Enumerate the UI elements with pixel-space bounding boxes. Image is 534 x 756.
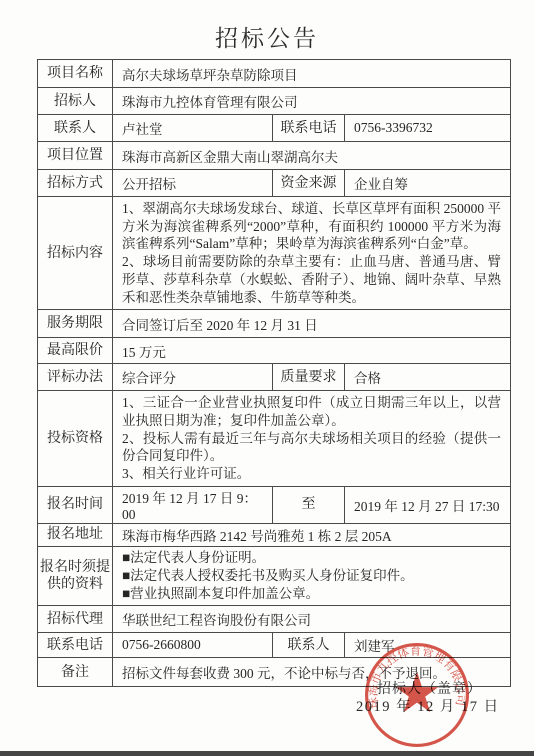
max-price-label: 最高限价: [38, 338, 113, 364]
registration-address-value: 珠海市梅华西路 2142 号尚雅苑 1 栋 2 层 205A: [113, 523, 511, 546]
tender-content-value: 1、翠湖高尔夫球场发球台、球道、长草区草坪有面积 250000 平方米为海滨雀稗…: [113, 197, 511, 310]
signature-date: 2019 年 12 月 17 日: [356, 695, 500, 716]
project-location-value: 珠海市高新区金鼎大南山翠湖高尔夫: [113, 142, 511, 170]
table-row: 项目名称 高尔夫球场草坪杂草防除项目: [38, 60, 511, 88]
contact-person-label: 联系人: [38, 115, 113, 142]
quality-requirement-value: 合格: [345, 364, 511, 391]
table-row: 报名地址 珠海市梅华西路 2142 号尚雅苑 1 栋 2 层 205A: [38, 523, 511, 546]
bidder-qualification-value: 1、三证合一企业营业执照复印件（成立日期需三年以上，以营业执照日期为准；复印件加…: [113, 391, 511, 487]
registration-material-item: ■法定代表人身份证明。: [122, 549, 501, 567]
registration-time-end: 2019 年 12 月 27 日 17:30: [345, 486, 511, 523]
registration-materials-label: 报名时须提供的资料: [38, 546, 113, 606]
registration-materials-value: ■法定代表人身份证明。 ■法定代表人授权委托书及购买人身份证复印件。 ■营业执照…: [113, 546, 511, 606]
registration-address-label: 报名地址: [38, 523, 113, 546]
table-row: 招标方式 公开招标 资金来源 企业自筹: [38, 170, 511, 197]
agent-phone-value: 0756-2660800: [113, 633, 273, 658]
service-period-label: 服务期限: [38, 310, 113, 338]
table-row: 招标代理 华联世纪工程咨询股份有限公司: [38, 606, 511, 633]
table-row: 投标资格 1、三证合一企业营业执照复印件（成立日期需三年以上，以营业执照日期为准…: [38, 391, 511, 487]
tender-content-paragraph: 1、翠湖高尔夫球场发球台、球道、长草区草坪有面积 250000 平方米为海滨雀稗…: [122, 200, 501, 253]
tender-info-table: 项目名称 高尔夫球场草坪杂草防除项目 招标人 珠海市九控体育管理有限公司 联系人…: [37, 59, 511, 687]
registration-time-to: 至: [273, 486, 345, 523]
bidder-qualification-paragraph: 1、三证合一企业营业执照复印件（成立日期需三年以上，以营业执照日期为准；复印件加…: [122, 394, 501, 429]
table-row: 联系人 卢社堂 联系电话 0756-3396732: [38, 115, 511, 142]
contact-phone-value: 0756-3396732: [345, 115, 511, 142]
table-row: 联系电话 0756-2660800 联系人 刘建军: [38, 633, 511, 658]
agent-phone-label: 联系电话: [38, 633, 113, 658]
table-row: 招标内容 1、翠湖高尔夫球场发球台、球道、长草区草坪有面积 250000 平方米…: [38, 197, 511, 310]
table-row: 服务期限 合同签订后至 2020 年 12 月 31 日: [38, 310, 511, 338]
table-row: 评标办法 综合评分 质量要求 合格: [38, 364, 511, 391]
agent-contact-value: 刘建军: [345, 633, 511, 658]
contact-person-value: 卢社堂: [113, 115, 273, 142]
registration-material-item: ■营业执照副本复印件加盖公章。: [122, 585, 501, 603]
contact-phone-label: 联系电话: [273, 115, 345, 142]
table-row: 报名时间 2019 年 12 月 17 日 9：00 至 2019 年 12 月…: [38, 486, 511, 523]
max-price-value: 15 万元: [113, 338, 511, 364]
tenderer-value: 珠海市九控体育管理有限公司: [113, 88, 511, 115]
evaluation-method-value: 综合评分: [113, 364, 273, 391]
quality-requirement-label: 质量要求: [273, 364, 345, 391]
tender-content-paragraph: 2、球场目前需要防除的杂草主要有：止血马唐、普通马唐、臂形草、莎草科杂草（水蜈蚣…: [122, 253, 501, 306]
table-row: 项目位置 珠海市高新区金鼎大南山翠湖高尔夫: [38, 142, 511, 170]
tender-content-label: 招标内容: [38, 197, 113, 310]
remarks-label: 备注: [38, 658, 113, 687]
scanned-tender-notice-page: 招标公告 项目名称 高尔夫球场草坪杂草防除项目 招标人 珠海市九控体育管理有限公…: [0, 0, 534, 756]
tenderer-label: 招标人: [38, 88, 113, 115]
fund-source-value: 企业自筹: [345, 170, 511, 197]
project-location-label: 项目位置: [38, 142, 113, 170]
registration-material-item: ■法定代表人授权委托书及购买人身份证复印件。: [122, 567, 501, 585]
tender-agent-label: 招标代理: [38, 606, 113, 633]
bidder-qualification-paragraph: 3、相关行业许可证。: [122, 465, 501, 483]
page-title: 招标公告: [0, 20, 534, 53]
service-period-value: 合同签订后至 2020 年 12 月 31 日: [113, 310, 511, 338]
tender-method-label: 招标方式: [38, 170, 113, 197]
tender-method-value: 公开招标: [113, 170, 273, 197]
fund-source-label: 资金来源: [273, 170, 345, 197]
table-row: 招标人 珠海市九控体育管理有限公司: [38, 88, 511, 115]
project-name-value: 高尔夫球场草坪杂草防除项目: [113, 60, 511, 88]
registration-time-label: 报名时间: [38, 486, 113, 523]
project-name-label: 项目名称: [38, 60, 113, 88]
registration-time-start: 2019 年 12 月 17 日 9：00: [113, 486, 273, 523]
evaluation-method-label: 评标办法: [38, 364, 113, 391]
scan-edge-artifact: [0, 751, 534, 756]
table-row: 最高限价 15 万元: [38, 338, 511, 364]
agent-contact-label: 联系人: [273, 633, 345, 658]
bidder-qualification-paragraph: 2、投标人需有最近三年与高尔夫球场相关项目的经验（提供一份合同复印件）。: [122, 430, 501, 465]
table-row: 报名时须提供的资料 ■法定代表人身份证明。 ■法定代表人授权委托书及购买人身份证…: [38, 546, 511, 606]
tender-agent-value: 华联世纪工程咨询股份有限公司: [113, 606, 511, 633]
bidder-qualification-label: 投标资格: [38, 391, 113, 487]
